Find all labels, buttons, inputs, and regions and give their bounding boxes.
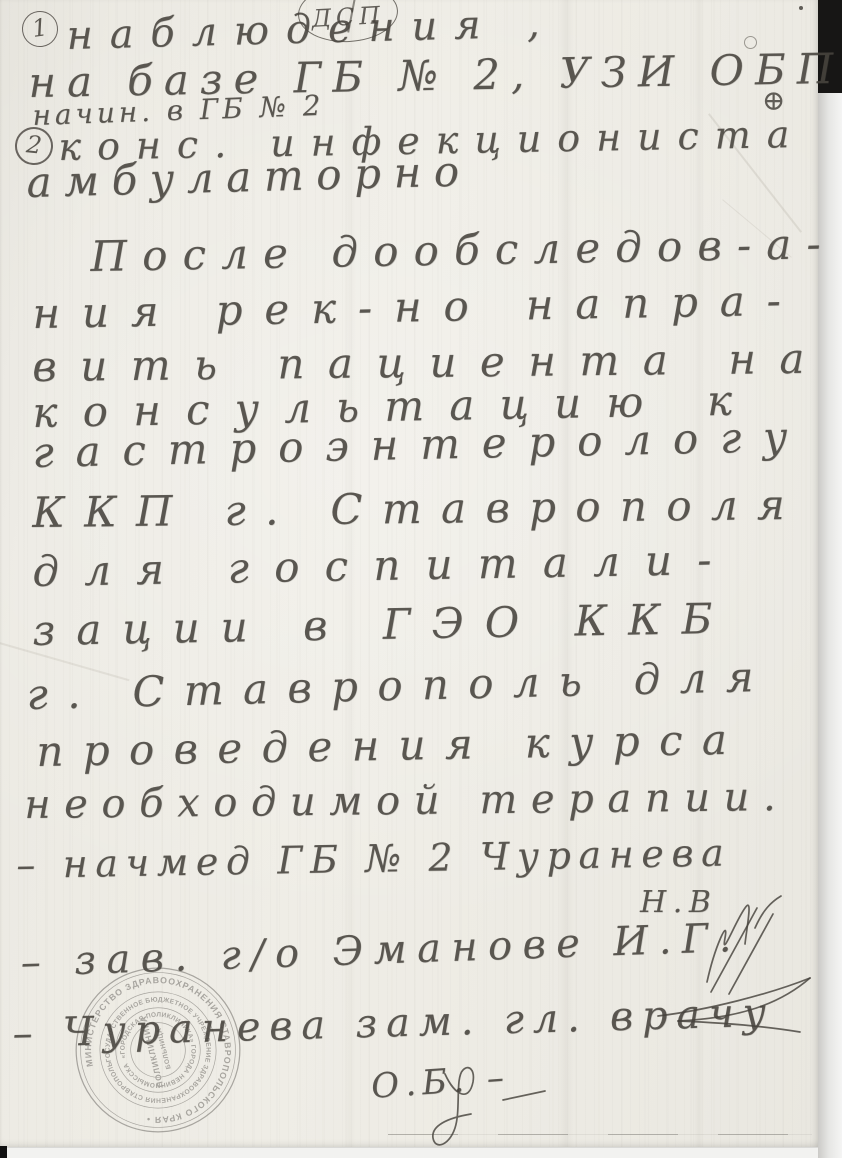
scanner-corner-mark	[0, 1146, 7, 1158]
handwritten-line: ККП г. Ставрополя	[32, 484, 804, 534]
signature-stroke	[678, 1021, 800, 1032]
circled-number-1: 1	[20, 9, 61, 50]
handwritten-line: – зав. г/о Эманове И.Г.	[20, 918, 742, 983]
handwritten-line: зации в ГЭО ККБ	[32, 598, 734, 652]
signature-stroke	[433, 1068, 474, 1145]
signature-zav	[648, 970, 823, 1045]
signature-stroke	[658, 978, 810, 1016]
handwritten-line: После дообследов-а-	[90, 223, 836, 278]
paper-sheet: ДСП ⊕ 1 2 наблюдения , на базе ГБ № 2, У…	[0, 0, 818, 1147]
handwritten-line: проведения курса	[36, 719, 747, 773]
scanned-document: ДСП ⊕ 1 2 наблюдения , на базе ГБ № 2, У…	[0, 0, 842, 1158]
handwritten-line: наблюдения ,	[66, 3, 557, 56]
handwritten-line: ния рек-но напра-	[32, 280, 803, 335]
handwritten-line: г. Ставрополь для	[26, 656, 773, 716]
signature-flourish	[425, 1062, 560, 1157]
signature-stroke	[503, 1091, 545, 1100]
handwritten-line: необходимой терапии.	[24, 777, 789, 825]
handwritten-line: амбулаторно	[26, 150, 472, 204]
handwritten-line: – начмед ГБ № 2 Чуранева	[16, 834, 732, 884]
handwritten-line: для госпитали-	[32, 539, 737, 593]
ink-dot	[799, 6, 803, 10]
